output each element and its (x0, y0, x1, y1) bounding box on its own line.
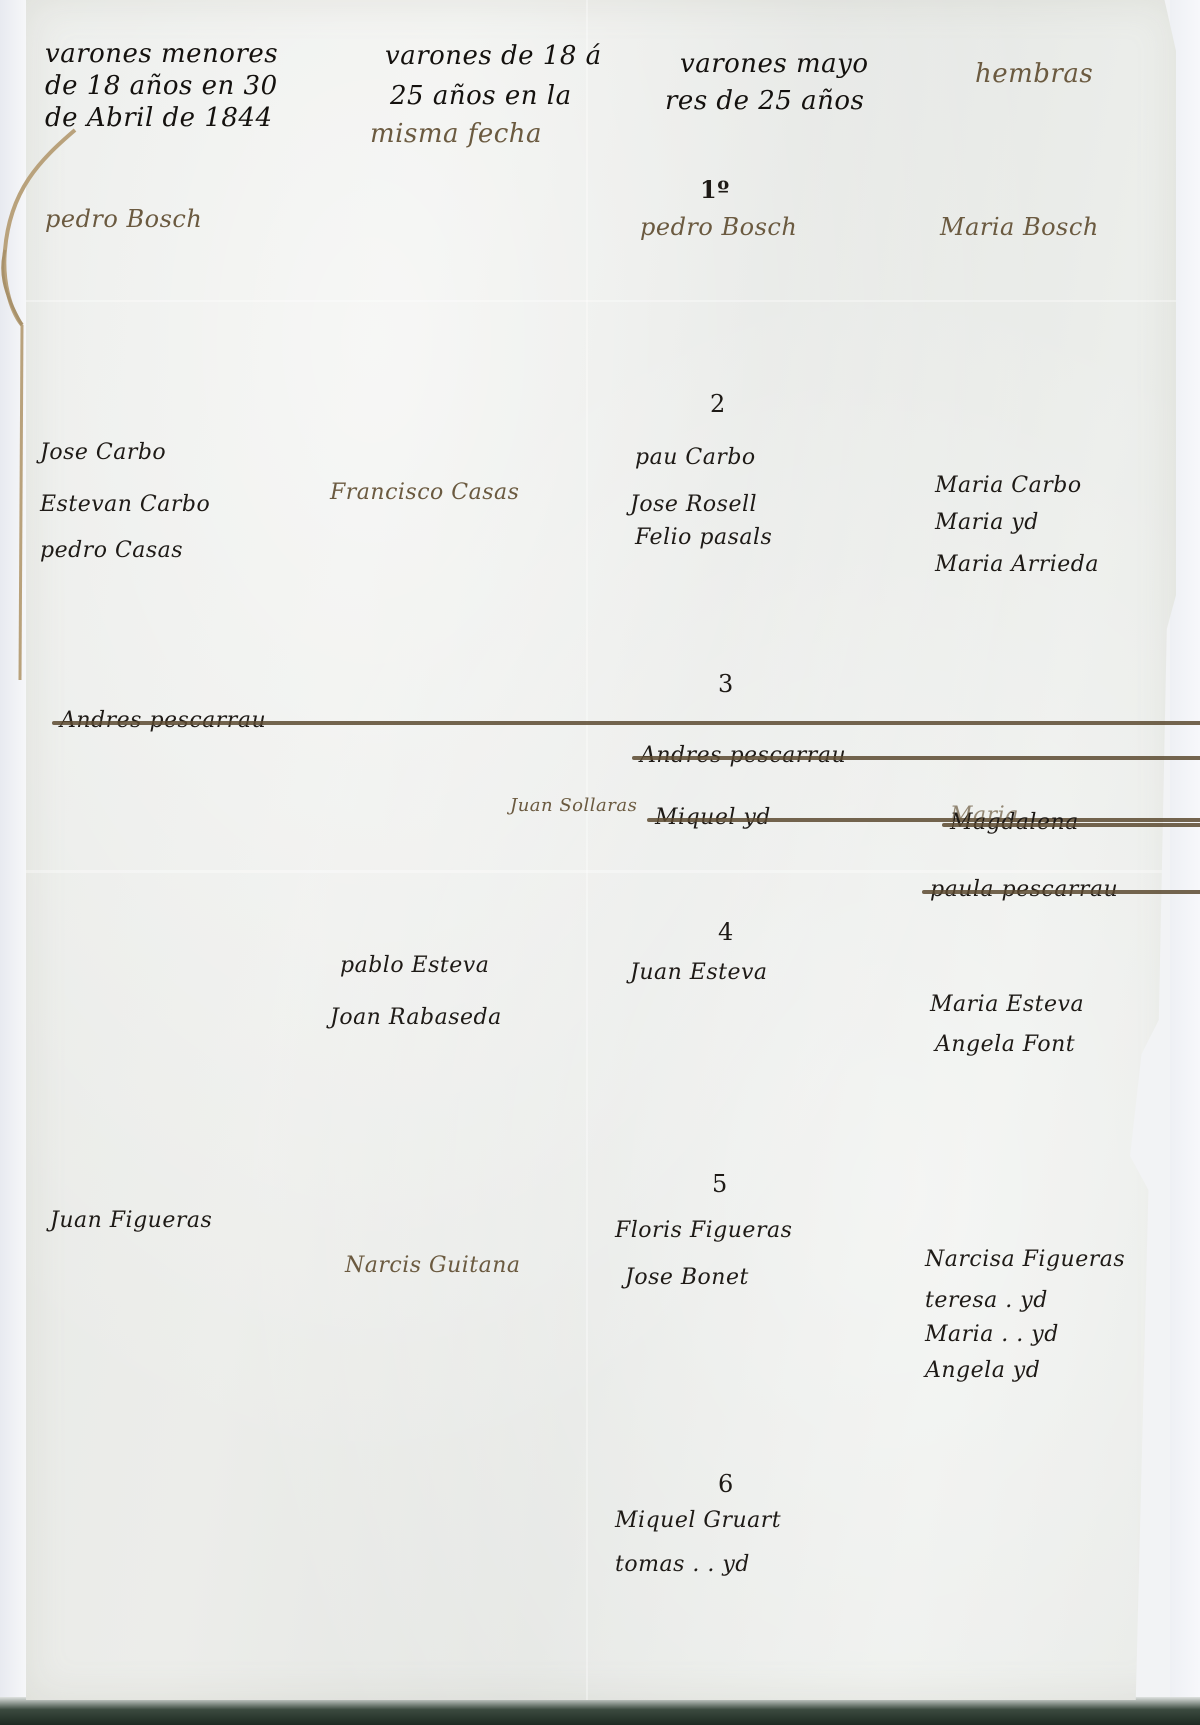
header-line: 25 años en la (390, 80, 572, 112)
entry-over-25: Felio pasals (635, 525, 772, 550)
household-number: 1º (700, 175, 730, 204)
entry-over-25-struck: Andres pescarrau (640, 743, 1200, 768)
header-line: varones menores (45, 38, 278, 70)
household-number: 2 (710, 390, 726, 418)
header-line: misma fecha (370, 118, 542, 150)
header-line: de Abril de 1844 (45, 102, 273, 134)
entry-over-25: Jose Bonet (625, 1265, 749, 1290)
entry-18-to-25: pablo Esteva (340, 953, 489, 978)
entry-over-25: Miquel Gruart (615, 1508, 781, 1533)
entry-over-25: pedro Bosch (640, 213, 797, 241)
entry-women: Maria Bosch (940, 213, 1099, 241)
entry-18-to-25: Juan Sollaras (510, 795, 637, 816)
entry-women: Maria . . yd (925, 1322, 1059, 1347)
paper-crease (586, 0, 588, 1700)
entry-women: teresa . yd (925, 1288, 1048, 1313)
scan-background-left (0, 0, 26, 1725)
entry-over-25: Juan Esteva (630, 960, 768, 985)
entry-over-25: pau Carbo (635, 445, 756, 470)
entry-women: Maria Carbo (935, 473, 1082, 498)
entry-women: Angela Font (935, 1032, 1075, 1057)
entry-women: Maria yd (935, 510, 1039, 535)
entry-over-25: tomas . . yd (615, 1552, 750, 1577)
household-number: 5 (712, 1170, 728, 1198)
header-line: varones de 18 á (385, 40, 602, 72)
paper-crease (26, 870, 1176, 873)
header-line: varones mayo (680, 48, 869, 80)
household-number: 6 (718, 1470, 734, 1498)
entry-under-18: pedro Casas (40, 538, 183, 563)
entry-over-25: Floris Figueras (615, 1218, 792, 1243)
entry-18-to-25: Francisco Casas (330, 480, 519, 505)
entry-under-18: Estevan Carbo (40, 492, 210, 517)
entry-women: Maria Esteva (930, 992, 1084, 1017)
manuscript-page (26, 0, 1176, 1700)
header-line: res de 25 años (665, 85, 864, 117)
entry-18-to-25: Narcis Guitana (345, 1253, 521, 1278)
household-number: 4 (718, 918, 734, 946)
header-line: hembras (975, 58, 1093, 90)
entry-women: Angela yd (925, 1358, 1040, 1383)
entry-under-18-struck: Andres pescarrau (60, 708, 1200, 733)
entry-under-18: Juan Figueras (50, 1208, 212, 1233)
entry-18-to-25: Joan Rabaseda (330, 1005, 502, 1030)
household-number: 3 (718, 670, 734, 698)
scan-background-bottom (0, 1697, 1200, 1725)
entry-women: Maria (950, 803, 1019, 828)
entry-women: Maria Arrieda (935, 552, 1099, 577)
entry-women: Narcisa Figueras (925, 1247, 1125, 1272)
entry-under-18: Jose Carbo (40, 440, 166, 465)
entry-women-struck: paula pescarrau (930, 877, 1200, 902)
entry-under-18: pedro Bosch (45, 205, 202, 233)
paper-crease (26, 300, 1176, 302)
entry-over-25: Jose Rosell (630, 492, 757, 517)
header-line: de 18 años en 30 (45, 70, 278, 102)
